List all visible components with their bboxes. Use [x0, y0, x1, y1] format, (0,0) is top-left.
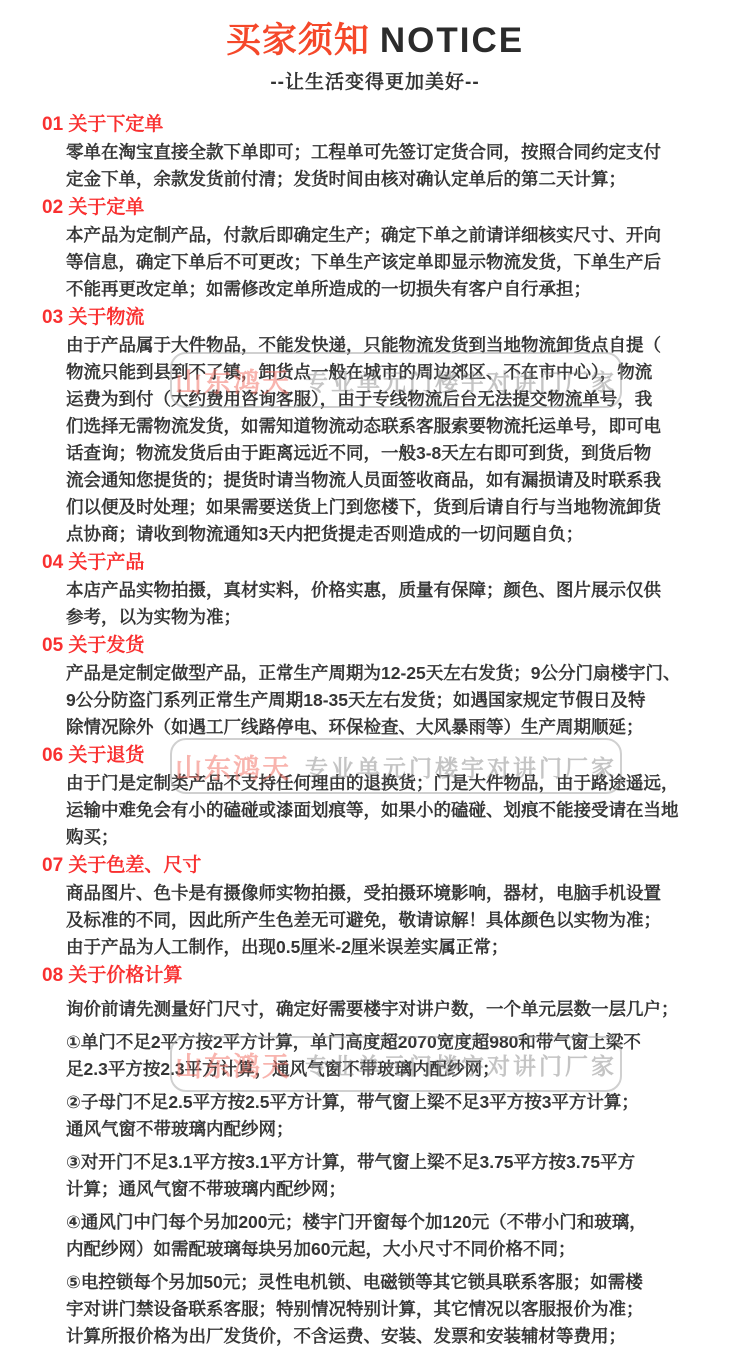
body-line: 零单在淘宝直接全款下单即可；工程单可先签订定货合同，按照合同约定支付 [66, 139, 720, 166]
section-heading: 02 关于定单 [42, 194, 720, 222]
section-heading: 07 关于色差、尺寸 [42, 852, 720, 880]
body-line: 计算所报价格为出厂发货价，不含运费、安装、发票和安装辅材等费用； [66, 1323, 720, 1350]
body-line: 计算；通风气窗不带玻璃内配纱网； [66, 1176, 720, 1203]
section-07: 07 关于色差、尺寸商品图片、色卡是有摄像师实物拍摄，受拍摄环境影响，器材，电脑… [42, 852, 720, 961]
paragraph: 本店产品实物拍摄，真材实料，价格实惠，质量有保障；颜色、图片展示仅供参考，以为实… [66, 577, 720, 631]
section-05: 05 关于发货产品是定制定做型产品，正常生产周期为12-25天左右发货；9公分门… [42, 632, 720, 741]
body-line: 9公分防盗门系列正常生产周期18-35天左右发货；如遇国家规定节假日及特 [66, 687, 720, 714]
body-line: 本店产品实物拍摄，真材实料，价格实惠，质量有保障；颜色、图片展示仅供 [66, 577, 720, 604]
page-title-cn: 买家须知 [226, 21, 370, 60]
paragraph: 产品是定制定做型产品，正常生产周期为12-25天左右发货；9公分门扇楼宇门、9公… [66, 660, 720, 741]
paragraph: 由于门是定制类产品不支持任何理由的退换货；门是大件物品，由于路途遥远，运输中难免… [66, 770, 720, 851]
section-body: 商品图片、色卡是有摄像师实物拍摄，受拍摄环境影响，器材，电脑手机设置及标准的不同… [66, 880, 720, 961]
paragraph: ④通风门中门每个另加200元；楼宇门开窗每个加120元（不带小门和玻璃，内配纱网… [66, 1209, 720, 1263]
section-heading: 01 关于下定单 [42, 111, 720, 139]
section-body: 询价前请先测量好门尺寸，确定好需要楼宇对讲户数，一个单元层数一层几户；①单门不足… [66, 996, 720, 1350]
section-heading: 08 关于价格计算 [42, 962, 720, 990]
buyer-notice-page: { "page": { "title_cn": "买家须知", "title_e… [0, 0, 750, 1353]
paragraph: 由于产品属于大件物品，不能发快递，只能物流发货到当地物流卸货点自提（物流只能到县… [66, 332, 720, 548]
paragraph: ⑤电控锁每个另加50元；灵性电机锁、电磁锁等其它锁具联系客服；如需楼宇对讲门禁设… [66, 1269, 720, 1350]
body-line: 由于产品属于大件物品，不能发快递，只能物流发货到当地物流卸货点自提（ [66, 332, 720, 359]
page-subtitle: --让生活变得更加美好-- [0, 70, 750, 96]
body-line: ③对开门不足3.1平方按3.1平方计算，带气窗上梁不足3.75平方按3.75平方 [66, 1149, 720, 1176]
body-line: 商品图片、色卡是有摄像师实物拍摄，受拍摄环境影响，器材，电脑手机设置 [66, 880, 720, 907]
sections: 01 关于下定单零单在淘宝直接全款下单即可；工程单可先签订定货合同，按照合同约定… [0, 96, 750, 1350]
body-line: ⑤电控锁每个另加50元；灵性电机锁、电磁锁等其它锁具联系客服；如需楼 [66, 1269, 720, 1296]
body-line: 话查询；物流发货后由于距离远近不同，一般3-8天左右即可到货，到货后物 [66, 440, 720, 467]
body-line: 由于门是定制类产品不支持任何理由的退换货；门是大件物品，由于路途遥远， [66, 770, 720, 797]
paragraph: 商品图片、色卡是有摄像师实物拍摄，受拍摄环境影响，器材，电脑手机设置及标准的不同… [66, 880, 720, 961]
body-line: 参考，以为实物为准； [66, 604, 720, 631]
body-line: 物流只能到县到不了镇，卸货点一般在城市的周边郊区、不在市中心），物流 [66, 359, 720, 386]
body-line: 由于产品为人工制作，出现0.5厘米-2厘米误差实属正常； [66, 934, 720, 961]
body-line: ①单门不足2平方按2平方计算，单门高度超2070宽度超980和带气窗上梁不 [66, 1029, 720, 1056]
section-heading: 06 关于退货 [42, 742, 720, 770]
section-01: 01 关于下定单零单在淘宝直接全款下单即可；工程单可先签订定货合同，按照合同约定… [42, 111, 720, 193]
body-line: 及标准的不同，因此所产生色差无可避免，敬请谅解！具体颜色以实物为准； [66, 907, 720, 934]
body-line: ④通风门中门每个另加200元；楼宇门开窗每个加120元（不带小门和玻璃， [66, 1209, 720, 1236]
section-body: 产品是定制定做型产品，正常生产周期为12-25天左右发货；9公分门扇楼宇门、9公… [66, 660, 720, 741]
notice-header: 买家须知NOTICE --让生活变得更加美好-- [0, 0, 750, 96]
body-line: 点协商；请收到物流通知3天内把货提走否则造成的一切问题自负； [66, 521, 720, 548]
body-line: 流会通知您提货的；提货时请当物流人员面签收商品，如有漏损请及时联系我 [66, 467, 720, 494]
section-06: 06 关于退货由于门是定制类产品不支持任何理由的退换货；门是大件物品，由于路途遥… [42, 742, 720, 851]
body-line: 们以便及时处理；如果需要送货上门到您楼下，货到后请自行与当地物流卸货 [66, 494, 720, 521]
paragraph: ③对开门不足3.1平方按3.1平方计算，带气窗上梁不足3.75平方按3.75平方… [66, 1149, 720, 1203]
section-04: 04 关于产品本店产品实物拍摄，真材实料，价格实惠，质量有保障；颜色、图片展示仅… [42, 549, 720, 631]
paragraph: ②子母门不足2.5平方按2.5平方计算，带气窗上梁不足3平方按3平方计算；通风气… [66, 1089, 720, 1143]
section-body: 由于门是定制类产品不支持任何理由的退换货；门是大件物品，由于路途遥远，运输中难免… [66, 770, 720, 851]
body-line: 等信息，确定下单后不可更改；下单生产该定单即显示物流发货，下单生产后 [66, 249, 720, 276]
body-line: 内配纱网）如需配玻璃每块另加60元起，大小尺寸不同价格不同； [66, 1236, 720, 1263]
body-line: 运输中难免会有小的磕碰或漆面划痕等，如果小的磕碰、划痕不能接受请在当地 [66, 797, 720, 824]
body-line: 定金下单，余款发货前付清；发货时间由核对确认定单后的第二天计算； [66, 166, 720, 193]
body-line: 除情况除外（如遇工厂线路停电、环保检查、大风暴雨等）生产周期顺延； [66, 714, 720, 741]
section-03: 03 关于物流由于产品属于大件物品，不能发快递，只能物流发货到当地物流卸货点自提… [42, 304, 720, 548]
section-heading: 04 关于产品 [42, 549, 720, 577]
body-line: 购买； [66, 824, 720, 851]
body-line: 运费为到付（大约费用咨询客服），由于专线物流后台无法提交物流单号，我 [66, 386, 720, 413]
section-08: 08 关于价格计算询价前请先测量好门尺寸，确定好需要楼宇对讲户数，一个单元层数一… [42, 962, 720, 1350]
body-line: ②子母门不足2.5平方按2.5平方计算，带气窗上梁不足3平方按3平方计算； [66, 1089, 720, 1116]
section-body: 本产品为定制产品，付款后即确定生产；确定下单之前请详细核实尺寸、开向等信息，确定… [66, 222, 720, 303]
section-heading: 05 关于发货 [42, 632, 720, 660]
body-line: 通风气窗不带玻璃内配纱网； [66, 1116, 720, 1143]
page-title-en: NOTICE [380, 21, 524, 60]
body-line: 们选择无需物流发货，如需知道物流动态联系客服索要物流托运单号，即可电 [66, 413, 720, 440]
section-02: 02 关于定单本产品为定制产品，付款后即确定生产；确定下单之前请详细核实尺寸、开… [42, 194, 720, 303]
paragraph: 本产品为定制产品，付款后即确定生产；确定下单之前请详细核实尺寸、开向等信息，确定… [66, 222, 720, 303]
section-body: 零单在淘宝直接全款下单即可；工程单可先签订定货合同，按照合同约定支付定金下单，余… [66, 139, 720, 193]
section-heading: 03 关于物流 [42, 304, 720, 332]
paragraph: ①单门不足2平方按2平方计算，单门高度超2070宽度超980和带气窗上梁不足2.… [66, 1029, 720, 1083]
body-line: 宇对讲门禁设备联系客服；特别情况特别计算，其它情况以客服报价为准； [66, 1296, 720, 1323]
body-line: 产品是定制定做型产品，正常生产周期为12-25天左右发货；9公分门扇楼宇门、 [66, 660, 720, 687]
body-line: 本产品为定制产品，付款后即确定生产；确定下单之前请详细核实尺寸、开向 [66, 222, 720, 249]
body-line: 询价前请先测量好门尺寸，确定好需要楼宇对讲户数，一个单元层数一层几户； [66, 996, 720, 1023]
body-line: 足2.3平方按2.3平方计算，通风气窗不带玻璃内配纱网； [66, 1056, 720, 1083]
section-body: 本店产品实物拍摄，真材实料，价格实惠，质量有保障；颜色、图片展示仅供参考，以为实… [66, 577, 720, 631]
page-title: 买家须知NOTICE [0, 20, 750, 62]
section-body: 由于产品属于大件物品，不能发快递，只能物流发货到当地物流卸货点自提（物流只能到县… [66, 332, 720, 548]
paragraph: 零单在淘宝直接全款下单即可；工程单可先签订定货合同，按照合同约定支付定金下单，余… [66, 139, 720, 193]
paragraph: 询价前请先测量好门尺寸，确定好需要楼宇对讲户数，一个单元层数一层几户； [66, 996, 720, 1023]
body-line: 不能再更改定单；如需修改定单所造成的一切损失有客户自行承担； [66, 276, 720, 303]
